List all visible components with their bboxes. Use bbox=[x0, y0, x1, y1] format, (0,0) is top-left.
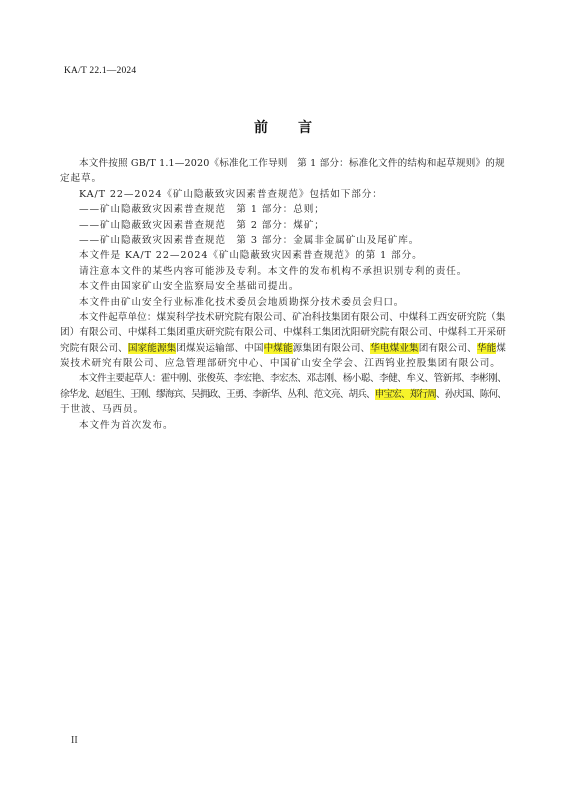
highlighted-text: 申宝宏、郑行周 bbox=[375, 389, 436, 400]
text-segment: 团煤炭运输部、中国 bbox=[176, 343, 263, 354]
paragraph-committee: 本文件由矿山安全行业标准化技术委员会地质勘探分技术委员会归口。 bbox=[60, 295, 506, 310]
title-char-2: 言 bbox=[298, 117, 312, 137]
part-list-item: ——矿山隐蔽致灾因素普查规范 第 2 部分：煤矿； bbox=[60, 218, 506, 233]
text-segment: 源集团有限公司、 bbox=[293, 343, 371, 354]
highlighted-text: 华电煤业集 bbox=[370, 343, 418, 354]
paragraph-part-statement: 本文件是 KA/T 22—2024《矿山隐蔽致灾因素普查规范》的第 1 部分。 bbox=[60, 248, 506, 263]
drafters-line-2: 徐华龙、赵旭生、王刚、缪海宾、吴拥政、王勇、李新华、丛利、范文亮、胡兵、申宝宏、… bbox=[60, 387, 506, 402]
text-segment: 徐华龙、赵旭生、王刚、缪海宾、吴拥政、王勇、李新华、丛利、范文亮、胡兵、 bbox=[60, 389, 375, 400]
text-segment: 煤 bbox=[496, 343, 506, 354]
paragraph-first-release: 本文件为首次发布。 bbox=[60, 418, 506, 433]
paragraph-basis-line-1: 本文件按照 GB/T 1.1—2020《标准化工作导则 第 1 部分：标准化文件… bbox=[60, 156, 506, 171]
part-list-item: ——矿山隐蔽致灾因素普查规范 第 1 部分：总则； bbox=[60, 202, 506, 217]
drafting-units-line-3: 究院有限公司、国家能源集团煤炭运输部、中国中煤能源集团有限公司、华电煤业集团有限… bbox=[60, 341, 506, 356]
drafting-units-line-2: 团）有限公司、中煤科工集团重庆研究院有限公司、中煤科工集团沈阳研究院有限公司、中… bbox=[60, 325, 506, 340]
text-segment: 究院有限公司、 bbox=[60, 343, 128, 354]
highlighted-text: 华能 bbox=[477, 343, 496, 354]
paragraph-series-intro: KA/T 22—2024《矿山隐蔽致灾因素普查规范》包括如下部分： bbox=[60, 187, 506, 202]
highlighted-text: 中煤能 bbox=[264, 343, 293, 354]
page-title: 前言 bbox=[0, 117, 566, 137]
drafters-line-3: 于世波、马西员。 bbox=[60, 402, 506, 417]
foreword-body: 本文件按照 GB/T 1.1—2020《标准化工作导则 第 1 部分：标准化文件… bbox=[60, 156, 506, 433]
paragraph-basis-line-2: 定起草。 bbox=[60, 171, 506, 186]
text-segment: 、孙庆国、陈何、 bbox=[436, 389, 506, 400]
drafting-units-line-4: 炭技术研究有限公司、应急管理部研究中心、中国矿山安全学会、江西钨业控股集团有限公… bbox=[60, 356, 506, 371]
paragraph-proposer: 本文件由国家矿山安全监察局安全基础司提出。 bbox=[60, 279, 506, 294]
part-list-item: ——矿山隐蔽致灾因素普查规范 第 3 部分：金属非金属矿山及尾矿库。 bbox=[60, 233, 506, 248]
title-char-1: 前 bbox=[254, 117, 268, 137]
page-number: II bbox=[71, 735, 78, 746]
standard-code-header: KA/T 22.1—2024 bbox=[64, 66, 136, 76]
text-segment: 团有限公司、 bbox=[419, 343, 477, 354]
highlighted-text: 国家能源集 bbox=[128, 343, 176, 354]
drafting-units-line-1: 本文件起草单位：煤炭科学技术研究院有限公司、矿冶科技集团有限公司、中煤科工西安研… bbox=[60, 310, 506, 325]
paragraph-patent-notice: 请注意本文件的某些内容可能涉及专利。本文件的发布机构不承担识别专利的责任。 bbox=[60, 264, 506, 279]
drafters-line-1: 本文件主要起草人：霍中刚、张俊英、李宏艳、李宏杰、邓志刚、杨小聪、李健、牟义、管… bbox=[60, 371, 506, 386]
